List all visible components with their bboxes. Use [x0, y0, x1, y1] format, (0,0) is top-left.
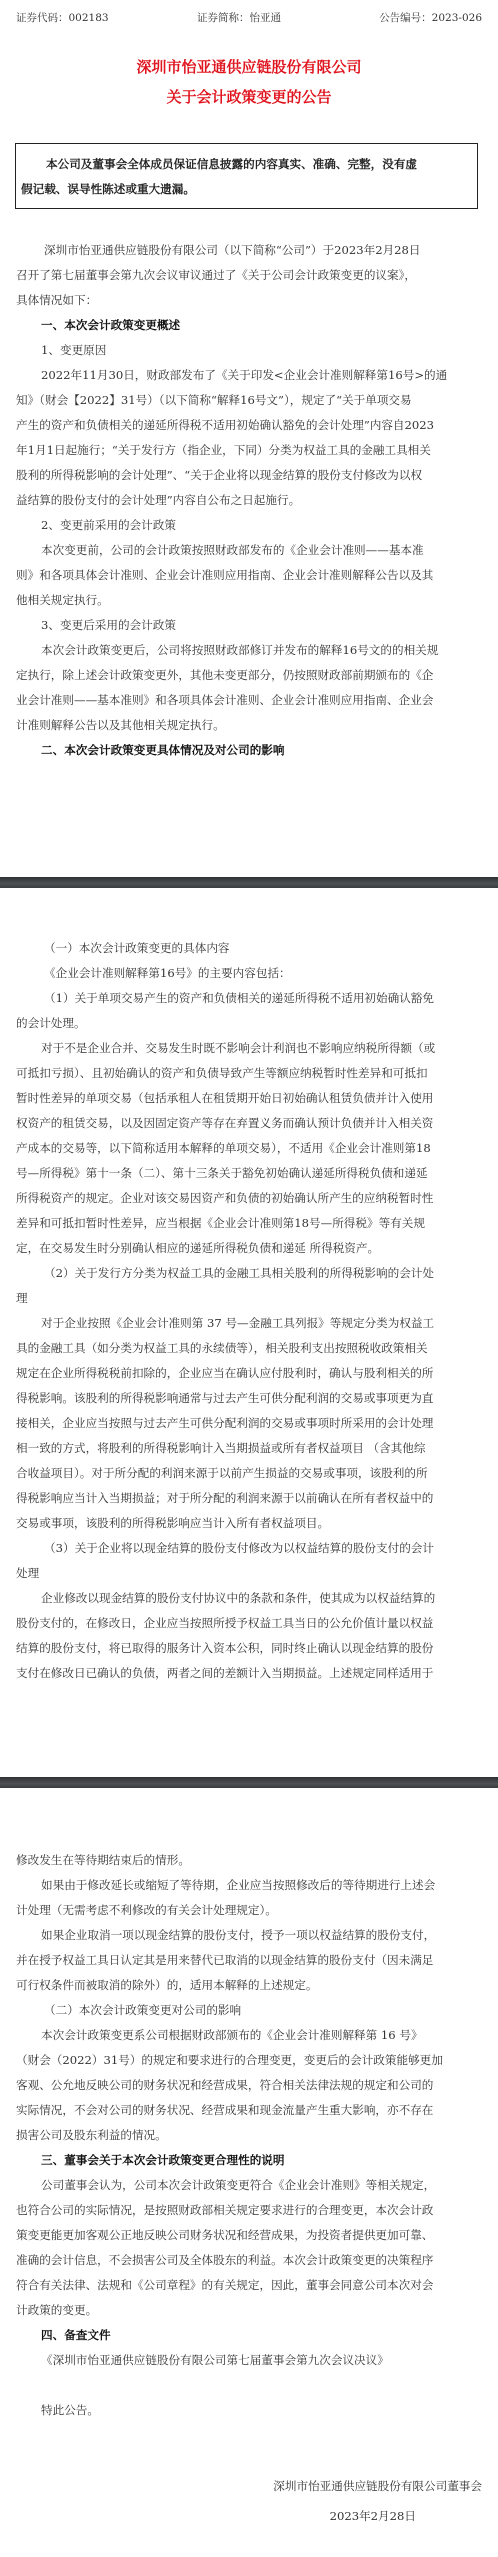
paragraph-line: 具的金融工具（如分类为权益工具的永续债等），相关股利支出按照税收政策相关: [16, 1336, 484, 1361]
paragraph-line: 可抵扣亏损）、且初始确认的资产和负债导致产生等额应纳税暂时性差异和可抵扣: [16, 1061, 484, 1086]
paragraph-line: 损害公司及股东利益的情况。: [16, 2123, 484, 2148]
item-heading: 理: [16, 1286, 484, 1311]
paragraph-line: 产生的资产和负债相关的递延所得税不适用初始确认豁免的会计处理”内容自2023: [16, 413, 484, 438]
paragraph-line: 规定在企业所得税税前扣除的，企业应当在确认应付股利时，确认与股利相关的所: [16, 1361, 484, 1386]
paragraph-line: 计准则解释公告以及其他相关规定执行。: [16, 713, 484, 738]
paragraph-line: 业会计准则——基本准则》和各项具体会计准则、企业会计准则应用指南、企业会: [16, 688, 484, 713]
document-page-1: 证券代码：002183 证券简称：怡亚通 公告编号：2023-026 深圳市怡亚…: [0, 0, 498, 877]
paragraph-line: 益结算的股份支付的会计处理”内容自公布之日起施行。: [16, 488, 484, 513]
paragraph-line: 产成本的交易等，以下简称适用本解释的单项交易），不适用《企业会计准则第18: [16, 1136, 484, 1161]
paragraph-line: 企业修改以现金结算的股份支付协议中的条款和条件，使其成为以权益结算的: [16, 1586, 484, 1611]
paragraph-line: 结算的股份支付，将已取得的服务计入资本公积，同时终止确认以现金结算的股份: [16, 1636, 484, 1661]
paragraph-line: 本次会计政策变更系公司根据财政部颁布的《企业会计准则解释第 16 号》: [16, 2023, 484, 2048]
document-page-3: 修改发生在等待期结束后的情形。 如果由于修改延长或缩短了等待期，企业应当按照修改…: [0, 1788, 498, 2557]
item-heading: 的会计处理。: [16, 1011, 484, 1036]
subsection-heading: 2、变更前采用的会计政策: [16, 513, 484, 538]
paragraph-line: 合收益项目）。对于所分配的利润来源于以前产生损益的交易或事项，该股利的所: [16, 1461, 484, 1486]
document-header: 证券代码：002183 证券简称：怡亚通 公告编号：2023-026: [16, 10, 482, 26]
paragraph-line: 定执行，除上述会计政策变更外，其他未变更部分，仍按照财政部前期颁布的《企: [16, 663, 484, 688]
paragraph-line: 股份支付的，在修改日，企业应当按照所授予权益工具当日的公允价值计量以权益: [16, 1611, 484, 1636]
paragraph-line: 权资产的租赁交易，以及因固定资产等存在弃置义务而确认预计负债并计入相关资: [16, 1111, 484, 1136]
paragraph-line: 公司董事会认为，公司本次会计政策变更符合《企业会计准则》等相关规定，: [16, 2173, 484, 2198]
paragraph-line: 所得税资产的规定。企业对该交易因资产和负债的初始确认所产生的应纳税暂时性: [16, 1186, 484, 1211]
body-text: 修改发生在等待期结束后的情形。 如果由于修改延长或缩短了等待期，企业应当按照修改…: [16, 1848, 484, 2423]
paragraph-line: 相一致的方式，将股利的所得税影响计入当期损益或所有者权益项目 （含其他综: [16, 1436, 484, 1461]
paragraph-line: 年1月1日起施行；“关于发行方（指企业，下同）分类为权益工具的金融工具相关: [16, 438, 484, 463]
paragraph-line: 对于企业按照《企业会计准则第 37 号—金融工具列报》等规定分类为权益工: [16, 1311, 484, 1336]
notice-title: 关于会计政策变更的公告: [0, 86, 498, 107]
section-heading-3: 三、董事会关于本次会计政策变更合理性的说明: [16, 2148, 484, 2173]
paragraph-line: 如果企业取消一项以现金结算的股份支付，授予一项以权益结算的股份支付，: [16, 1923, 484, 1948]
paragraph-line: 2022年11月30日，财政部发布了《关于印发<企业会计准则解释第16号>的通: [16, 363, 484, 388]
disclaimer-line: 本公司及董事会全体成员保证信息披露的内容真实、准确、完整，没有虚: [21, 152, 472, 177]
subsection-heading: 3、变更后采用的会计政策: [16, 613, 484, 638]
section-heading-2: 二、本次会计政策变更具体情况及对公司的影响: [16, 738, 484, 763]
paragraph-line: 也符合公司的实际情况，是按照财政部相关规定要求进行的合理变更，本次会计政: [16, 2198, 484, 2223]
page-separator: [0, 1777, 498, 1788]
paragraph-line: 《企业会计准则解释第16号》的主要内容包括：: [16, 961, 484, 986]
paragraph-line: 股利的所得税影响的会计处理”、“关于企业将以现金结算的股份支付修改为以权: [16, 463, 484, 488]
paragraph-line: 知》（财会【2022】31号）（以下简称“解释16号文”），规定了“关于单项交易: [16, 388, 484, 413]
subsection-heading: 1、变更原因: [16, 338, 484, 363]
paragraph-line: 策变更能更加客观公正地反映公司财务状况和经营成果，为投资者提供更加可靠、: [16, 2223, 484, 2248]
paragraph-line: 计政策的变更。: [16, 2298, 484, 2323]
reference-document: 《深圳市怡亚通供应链股份有限公司第七届董事会第九次会议决议》: [16, 2348, 484, 2373]
paragraph-line: 符合有关法律、法规和《公司章程》的有关规定，因此，董事会同意公司本次对会: [16, 2273, 484, 2298]
paragraph-line: 本次变更前，公司的会计政策按照财政部发布的《企业会计准则——基本准: [16, 538, 484, 563]
paragraph-line: 深圳市怡亚通供应链股份有限公司（以下简称“公司”）于2023年2月28日: [16, 238, 484, 263]
paragraph-line: 如果由于修改延长或缩短了等待期，企业应当按照修改后的等待期进行上述会: [16, 1873, 484, 1898]
paragraph-line: 客观、公允地反映公司的财务状况和经营成果，符合相关法律法规的规定和公司的: [16, 2073, 484, 2098]
paragraph-line: 可行权条件而被取消的除外）的，适用本解释的上述规定。: [16, 1973, 484, 1998]
paragraph-line: 差异和可抵扣暂时性差异，应当根据《企业会计准则第18号—所得税》等有关规: [16, 1211, 484, 1236]
section-heading-4: 四、备查文件: [16, 2323, 484, 2348]
company-title: 深圳市怡亚通供应链股份有限公司: [0, 56, 498, 77]
body-text: 深圳市怡亚通供应链股份有限公司（以下简称“公司”）于2023年2月28日 召开了…: [16, 238, 484, 763]
paragraph-line: 得税影响。该股利的所得税影响通常与过去产生可供分配利润的交易或事项更为直: [16, 1386, 484, 1411]
disclaimer-line: 假记载、误导性陈述或重大遗漏。: [21, 177, 472, 202]
subsection-heading: （一）本次会计政策变更的具体内容: [16, 936, 484, 961]
section-heading-1: 一、本次会计政策变更概述: [16, 313, 484, 338]
closing-statement: 特此公告。: [16, 2398, 484, 2423]
paragraph-line: 号—所得税》第十一条（二）、第十三条关于豁免初始确认递延所得税负债和递延: [16, 1161, 484, 1186]
paragraph-line: 并在授予权益工具日认定其是用来替代已取消的以现金结算的股份支付（因未满足: [16, 1948, 484, 1973]
body-text: （一）本次会计政策变更的具体内容 《企业会计准则解释第16号》的主要内容包括： …: [16, 936, 484, 1686]
signature-date: 2023年2月28日: [330, 2508, 416, 2524]
stock-abbreviation: 证券简称：怡亚通: [197, 10, 281, 25]
paragraph-line: 他相关规定执行。: [16, 588, 484, 613]
disclaimer-box: 本公司及董事会全体成员保证信息披露的内容真实、准确、完整，没有虚 假记载、误导性…: [15, 143, 478, 209]
paragraph-line: 对于不是企业合并、交易发生时既不影响会计利润也不影响应纳税所得额（或: [16, 1036, 484, 1061]
paragraph-line: 交易或事项，该股利的所得税影响应当计入所有者权益项目。: [16, 1511, 484, 1536]
item-heading: （1）关于单项交易产生的资产和负债相关的递延所得税不适用初始确认豁免: [16, 986, 484, 1011]
paragraph-line: 定，在交易发生时分别确认相应的递延所得税负债和递延 所得税资产。: [16, 1236, 484, 1261]
paragraph-line: 则》和各项具体会计准则、企业会计准则应用指南、企业会计准则解释公告以及其: [16, 563, 484, 588]
paragraph-line: 支付在修改日已确认的负债，两者之间的差额计入当期损益。上述规定同样适用于: [16, 1661, 484, 1686]
subsection-heading: （二）本次会计政策变更对公司的影响: [16, 1998, 484, 2023]
paragraph-line: 准确的会计信息，不会损害公司及全体股东的利益。本次会计政策变更的决策程序: [16, 2248, 484, 2273]
item-heading: （3）关于企业将以现金结算的股份支付修改为以权益结算的股份支付的会计: [16, 1536, 484, 1561]
paragraph-line: （财会（2022）31号）的规定和要求进行的合理变更，变更后的会计政策能够更加: [16, 2048, 484, 2073]
notice-number: 公告编号：2023-026: [379, 10, 482, 25]
page-separator: [0, 877, 498, 888]
document-page-2: （一）本次会计政策变更的具体内容 《企业会计准则解释第16号》的主要内容包括： …: [0, 888, 498, 1777]
spacer: [16, 2373, 484, 2398]
paragraph-line: 修改发生在等待期结束后的情形。: [16, 1848, 484, 1873]
paragraph-line: 实际情况，不会对公司的财务状况、经营成果和现金流量产生重大影响，亦不存在: [16, 2098, 484, 2123]
paragraph-line: 接相关，企业应当按照与过去产生可供分配利润的交易或事项时所采用的会计处理: [16, 1411, 484, 1436]
paragraph-line: 得税影响应当计入当期损益；对于所分配的利润来源于以前确认在所有者权益中的: [16, 1486, 484, 1511]
item-heading: （2）关于发行方分类为权益工具的金融工具相关股利的所得税影响的会计处: [16, 1261, 484, 1286]
paragraph-line: 暂时性差异的单项交易（包括承租人在租赁期开始日初始确认租赁负债并计入使用: [16, 1086, 484, 1111]
paragraph-line: 具体情况如下：: [16, 288, 484, 313]
paragraph-line: 召开了第七届董事会第九次会议审议通过了《关于公司会计政策变更的议案》，: [16, 263, 484, 288]
signature-org: 深圳市怡亚通供应链股份有限公司董事会: [273, 2478, 482, 2494]
stock-code: 证券代码：002183: [16, 10, 109, 25]
item-heading: 处理: [16, 1561, 484, 1586]
paragraph-line: 本次会计政策变更后，公司将按照财政部修订并发布的解释16号文的的相关规: [16, 638, 484, 663]
paragraph-line: 计处理（无需考虑不利修改的有关会计处理规定）。: [16, 1898, 484, 1923]
